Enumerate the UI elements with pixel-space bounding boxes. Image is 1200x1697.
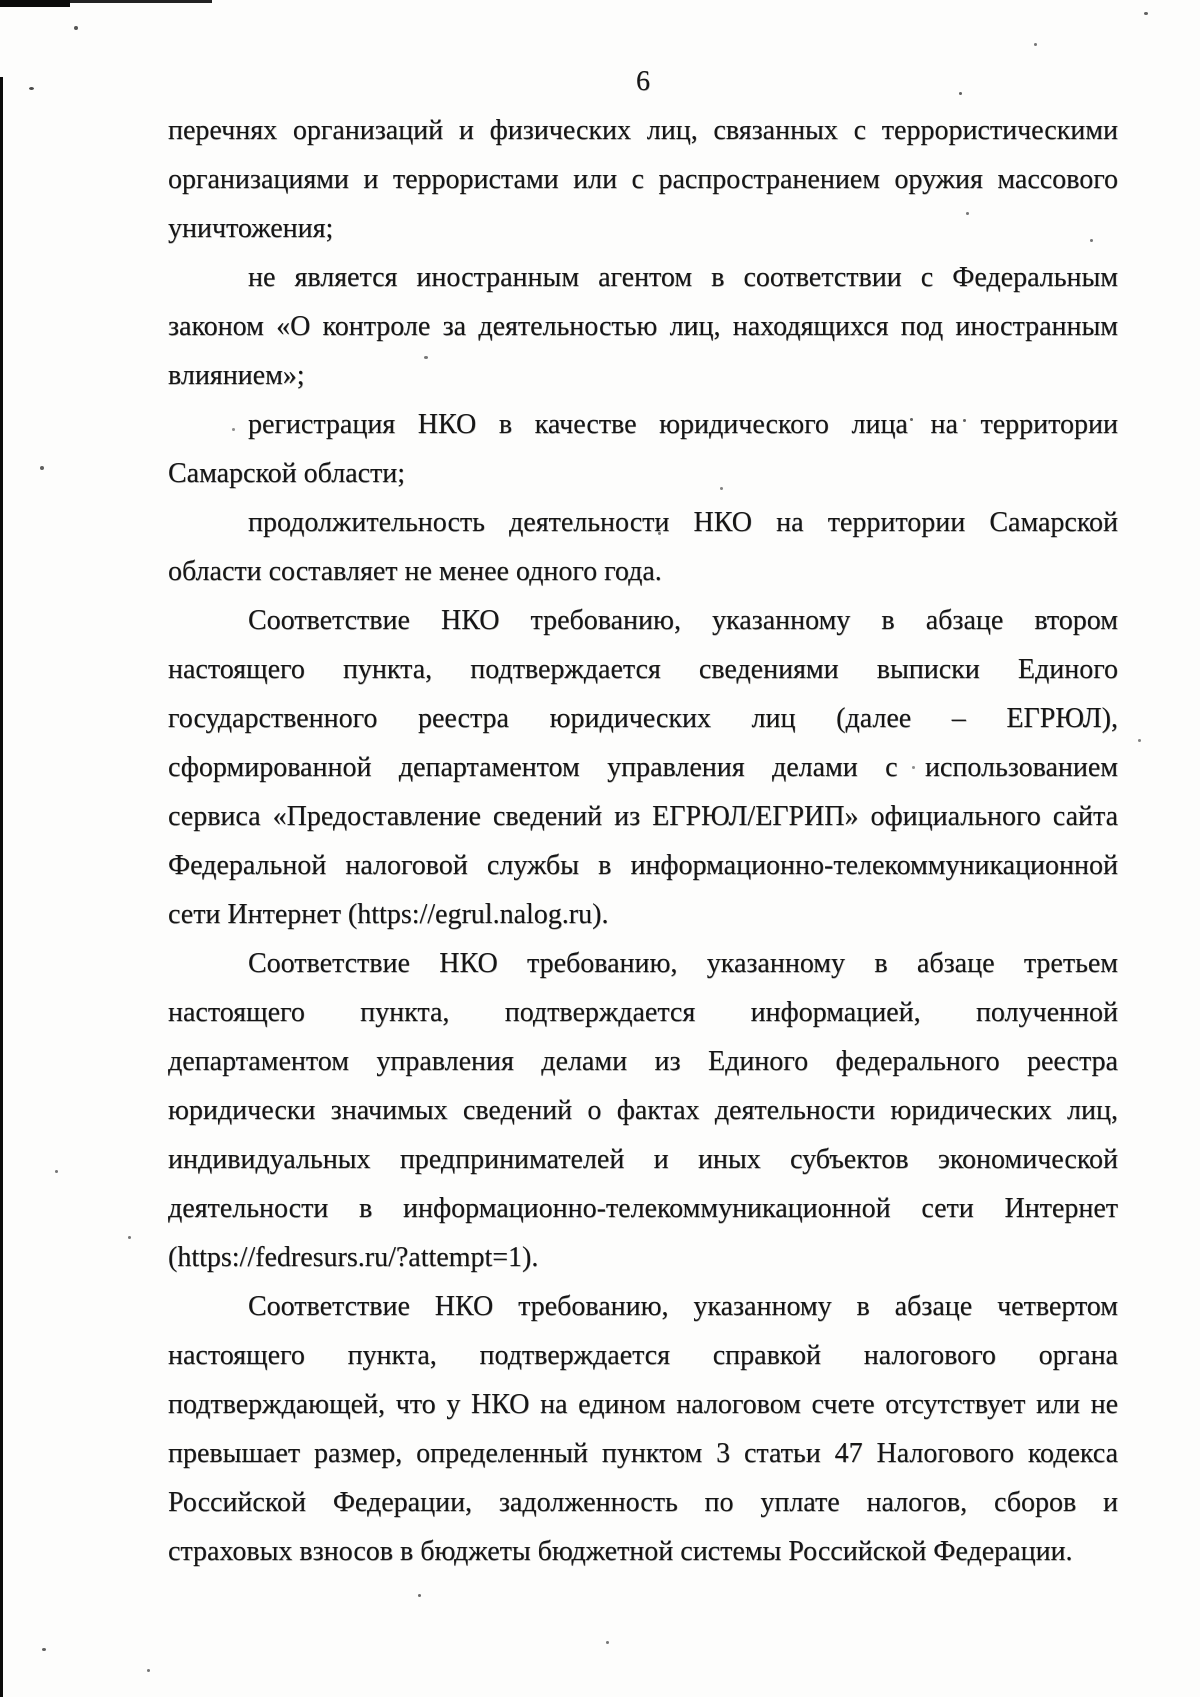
paragraph: регистрация НКО в качестве юридического … <box>168 400 1118 498</box>
text-line: подтверждающей, что у НКО на едином нало… <box>168 1380 1118 1429</box>
scan-speck <box>74 26 78 30</box>
page-content: 6 перечнях организаций и физических лиц,… <box>168 57 1118 1576</box>
text-line: страховых взносов в бюджеты бюджетной си… <box>168 1527 1118 1576</box>
text-line: сервиса «Предоставление сведений из ЕГРЮ… <box>168 792 1118 841</box>
scan-speck <box>55 1170 58 1173</box>
text-line: регистрация НКО в качестве юридического … <box>168 400 1118 449</box>
scanned-document-page: 6 перечнях организаций и физических лиц,… <box>0 0 1200 1697</box>
text-line: уничтожения; <box>168 204 1118 253</box>
paragraph: Соответствие НКО требованию, указанному … <box>168 939 1118 1282</box>
scan-speck <box>147 1669 150 1672</box>
scan-artifact-left-edge-line <box>0 77 3 1697</box>
text-line: департаментом управления делами из Едино… <box>168 1037 1118 1086</box>
scan-speck <box>29 87 34 90</box>
scan-speck <box>42 1648 46 1651</box>
text-line: сети Интернет (https://egrul.nalog.ru). <box>168 890 1118 939</box>
scan-speck <box>1144 12 1148 15</box>
text-line: влиянием»; <box>168 351 1118 400</box>
scan-artifact-top-line <box>64 0 212 3</box>
page-number: 6 <box>168 57 1118 106</box>
paragraph: перечнях организаций и физических лиц, с… <box>168 106 1118 253</box>
paragraph: Соответствие НКО требованию, указанному … <box>168 1282 1118 1576</box>
scan-speck <box>40 466 44 470</box>
text-line: Соответствие НКО требованию, указанному … <box>168 596 1118 645</box>
text-line: законом «О контроле за деятельностью лиц… <box>168 302 1118 351</box>
text-line: государственного реестра юридических лиц… <box>168 694 1118 743</box>
text-line: настоящего пункта, подтверждается информ… <box>168 988 1118 1037</box>
text-line: сформированной департаментом управления … <box>168 743 1118 792</box>
text-line: продолжительность деятельности НКО на те… <box>168 498 1118 547</box>
text-line: организациями и террористами или с распр… <box>168 155 1118 204</box>
paragraph: продолжительность деятельности НКО на те… <box>168 498 1118 596</box>
text-line: области составляет не менее одного года. <box>168 547 1118 596</box>
scan-artifact-top-corner <box>0 0 70 7</box>
text-line: деятельности в информационно-телекоммуни… <box>168 1184 1118 1233</box>
text-line: превышает размер, определенный пунктом 3… <box>168 1429 1118 1478</box>
scan-speck <box>128 1236 131 1239</box>
paragraph: Соответствие НКО требованию, указанному … <box>168 596 1118 939</box>
text-line: индивидуальных предпринимателей и иных с… <box>168 1135 1118 1184</box>
scan-speck <box>418 1594 421 1597</box>
text-line: перечнях организаций и физических лиц, с… <box>168 106 1118 155</box>
scan-speck <box>1138 739 1141 742</box>
text-line: (https://fedresurs.ru/?attempt=1). <box>168 1233 1118 1282</box>
text-line: Соответствие НКО требованию, указанному … <box>168 1282 1118 1331</box>
text-line: настоящего пункта, подтверждается сведен… <box>168 645 1118 694</box>
text-line: Самарской области; <box>168 449 1118 498</box>
text-line: не является иностранным агентом в соотве… <box>168 253 1118 302</box>
scan-speck <box>1034 43 1037 46</box>
text-line: Соответствие НКО требованию, указанному … <box>168 939 1118 988</box>
text-line: Российской Федерации, задолженность по у… <box>168 1478 1118 1527</box>
scan-speck <box>606 1641 609 1644</box>
body-text: перечнях организаций и физических лиц, с… <box>168 106 1118 1576</box>
text-line: юридически значимых сведений о фактах де… <box>168 1086 1118 1135</box>
text-line: настоящего пункта, подтверждается справк… <box>168 1331 1118 1380</box>
text-line: Федеральной налоговой службы в информаци… <box>168 841 1118 890</box>
paragraph: не является иностранным агентом в соотве… <box>168 253 1118 400</box>
